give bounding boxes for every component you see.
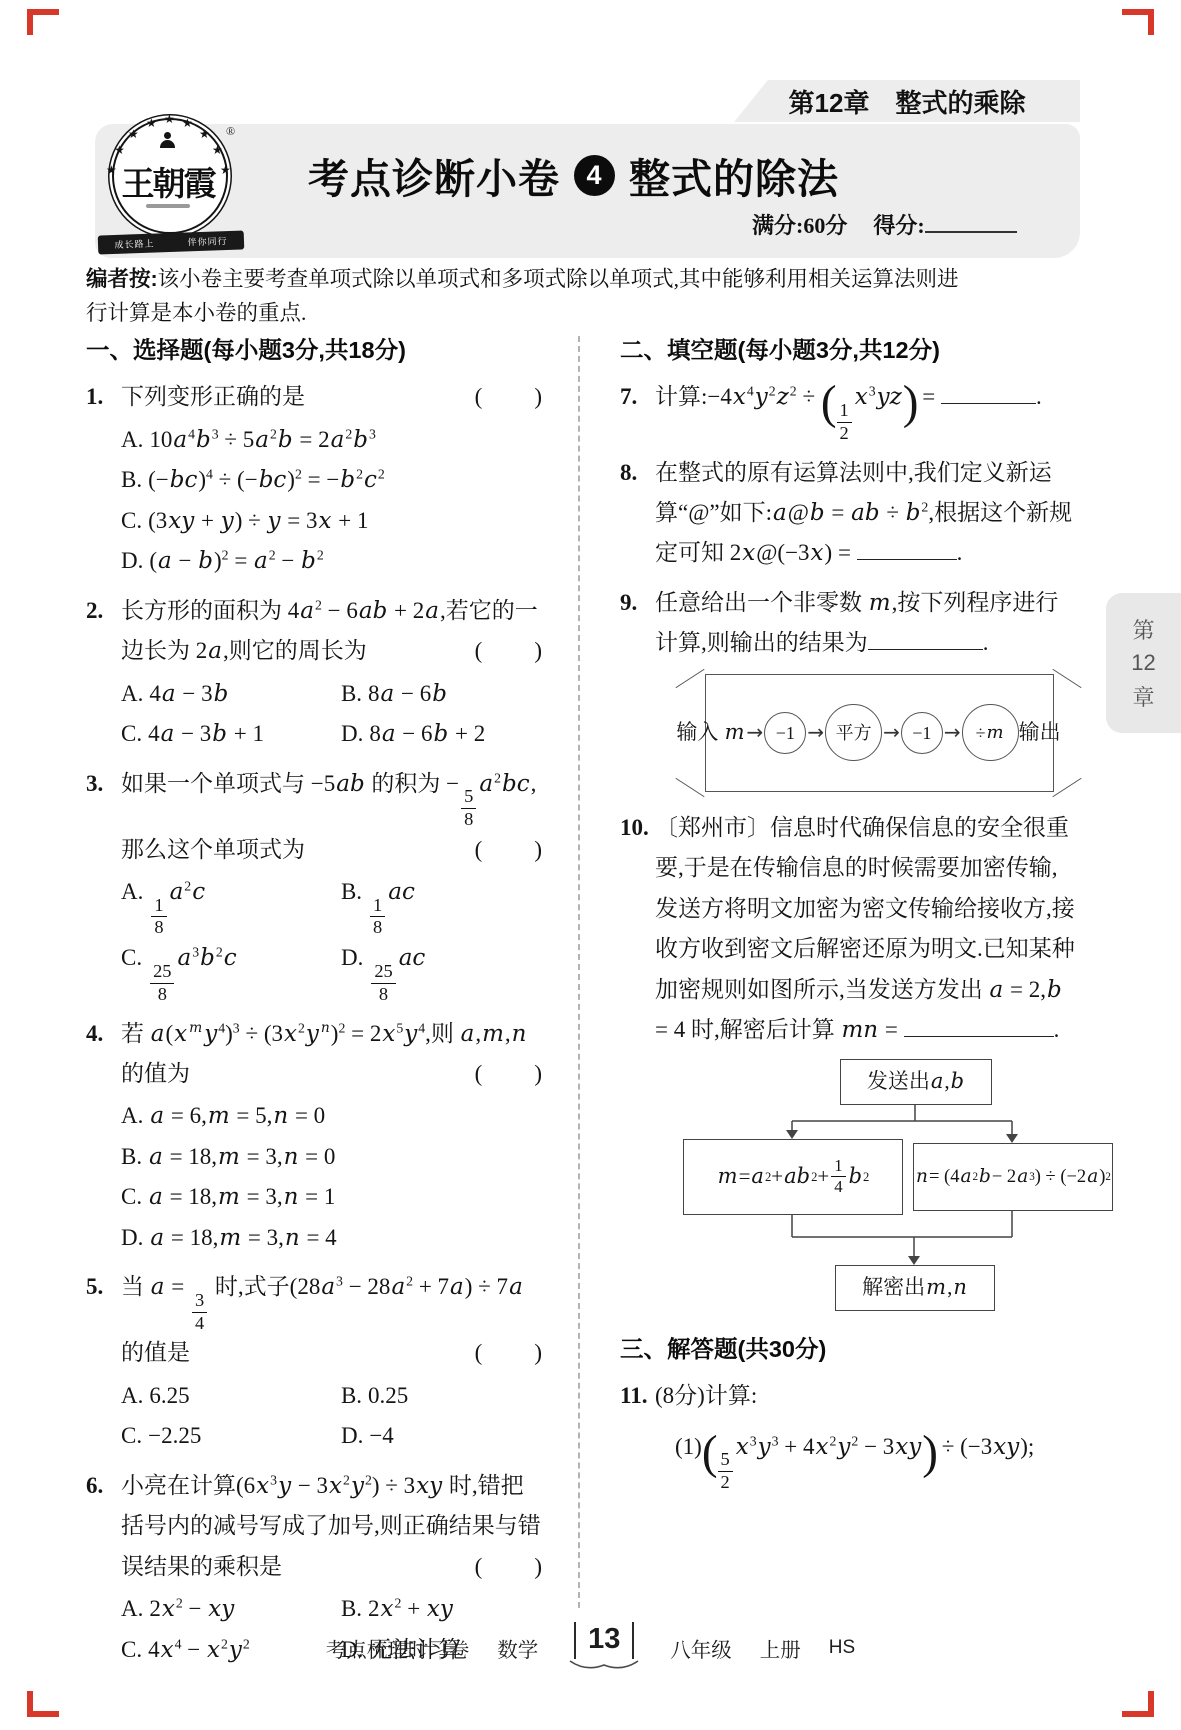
option-text: 18a2c — [149, 872, 206, 938]
page-number-book-icon — [566, 1659, 642, 1673]
question-number: 9. — [620, 583, 637, 623]
option-label: D. — [341, 714, 363, 754]
page-footer: 考点梳理时习卷 数学 13 八年级 上册 HS — [0, 1622, 1181, 1673]
question-stem: (8分)计算: — [655, 1383, 757, 1408]
option-label: B. — [121, 460, 142, 500]
question-stem: 〔郑州市〕信息时代确保信息的安全很重要,于是在传输信息的时候需要加密传输,发送方… — [655, 815, 1075, 1042]
option-label: D. — [341, 1416, 363, 1456]
option-label: D. — [121, 1218, 143, 1258]
page-title: 考点诊断小卷 4 整式的除法 — [308, 146, 839, 205]
option-text: −4 — [369, 1416, 393, 1456]
question-11: 11. (8分)计算: (1)(52x3y3 + 4x2y2 − 3xy) ÷ … — [620, 1376, 1078, 1493]
logo-subtext-bar — [146, 204, 190, 208]
question-number: 11. — [620, 1376, 647, 1416]
option-text: 4a − 3b + 1 — [148, 714, 264, 754]
question-number: 3. — [86, 764, 103, 804]
answer-paren: ( ) — [475, 830, 544, 870]
option-label: A. — [121, 674, 143, 714]
flow-step-divide-m: ÷m — [962, 704, 1019, 761]
answer-paren: ( ) — [475, 1054, 544, 1094]
question-number: 8. — [620, 453, 637, 493]
column-divider — [578, 336, 580, 1608]
option-text: (−bc)4 ÷ (−bc)2 = −b2c2 — [148, 460, 385, 500]
arrow-icon: → — [747, 715, 764, 750]
option-label: A. — [121, 1096, 143, 1136]
question-number: 2. — [86, 591, 103, 631]
got-score-label: 得分: — [873, 209, 1016, 240]
chapter-side-tab: 第 12 章 — [1106, 593, 1181, 733]
title-prefix: 考点诊断小卷 — [308, 146, 560, 205]
option-label: A. — [121, 872, 143, 912]
question-number: 4. — [86, 1014, 103, 1054]
option-text: 0.25 — [368, 1376, 408, 1416]
option-text: 258a3b2c — [148, 938, 238, 1004]
question-1: 1. 下列变形正确的是( ) A.10a4b3 ÷ 5a2b = 2a2b3 B… — [86, 377, 544, 581]
section3-heading: 三、解答题(共30分) — [620, 1329, 1078, 1370]
full-score-label: 满分:60分 — [752, 209, 847, 240]
star-icon: ★ — [182, 117, 193, 129]
flow-step-minus1: −1 — [901, 712, 943, 754]
answer-paren: ( ) — [475, 377, 544, 417]
question-stem: 下列变形正确的是 — [121, 384, 305, 409]
answer-paren: ( ) — [475, 631, 544, 671]
option-label: A. — [121, 420, 143, 460]
footer-volume: 上册 — [760, 1633, 801, 1663]
footer-edition: HS — [829, 1637, 855, 1659]
diagram-box-m-formula: m = a2 + ab2 + 14b2 — [683, 1139, 903, 1215]
star-icon: ★ — [146, 117, 157, 129]
option-label: C. — [121, 714, 142, 754]
question-number: 7. — [620, 377, 637, 417]
arrow-icon: → — [883, 715, 900, 750]
brand-name: 王朝霞 — [112, 158, 224, 205]
question-9: 9. 任意给出一个非零数 m,按下列程序进行计算,则输出的结果为. 输入 m →… — [620, 583, 1078, 796]
question-2: 2. 长方形的面积为 4a2 − 6ab + 2a,若它的一边长为 2a,则它的… — [86, 591, 544, 755]
option-text: 8a − 6b + 2 — [369, 714, 485, 754]
option-text: 18ac — [368, 872, 416, 938]
editor-note: 编者按:该小卷主要考查单项式除以单项式和多项式除以单项式,其中能够利用相关运算法… — [86, 262, 970, 331]
question-8: 8. 在整式的原有运算法则中,我们定义新运算“@”如下:a@b = ab ÷ b… — [620, 453, 1078, 574]
star-icon: ★ — [199, 128, 210, 140]
diagram-box-decrypt: 解密出 m,n — [835, 1265, 995, 1311]
brand-logo: ★ ★ ★ ★ ★ ★ ★ ★ ★ 王朝霞 ® 成长路上伴你同行 — [98, 110, 250, 258]
star-icon: ★ — [164, 113, 175, 125]
question-stem: 在整式的原有运算法则中,我们定义新运算“@”如下:a@b = ab ÷ b2,根… — [655, 460, 1072, 566]
star-icon: ★ — [128, 128, 139, 140]
option-label: D. — [341, 938, 363, 978]
title-number-badge: 4 — [574, 155, 615, 196]
option-text: 6.25 — [149, 1376, 189, 1416]
question-stem: 当 a = 34 时,式子(28a3 − 28a2 + 7a) ÷ 7a 的值是 — [121, 1274, 524, 1365]
question-number: 10. — [620, 808, 649, 848]
side-tab-text: 第 — [1132, 614, 1154, 645]
option-text: −2.25 — [148, 1416, 201, 1456]
editor-note-label: 编者按: — [86, 267, 158, 291]
footer-subject: 数学 — [497, 1633, 538, 1663]
worksheet-page: { "decor": {"star": "★", "arrow": "→", "… — [0, 0, 1181, 1730]
logo-ribbon-slogan: 成长路上伴你同行 — [98, 230, 245, 254]
section2-heading: 二、填空题(每小题3分,共12分) — [620, 330, 1078, 371]
arrow-icon: → — [807, 715, 824, 750]
option-label: C. — [121, 1177, 142, 1217]
section1-heading: 一、选择题(每小题3分,共18分) — [86, 330, 544, 371]
flow-step-minus1: −1 — [764, 712, 806, 754]
option-text: 10a4b3 ÷ 5a2b = 2a2b3 — [149, 420, 376, 460]
corner-mark-bottom-right — [1122, 1691, 1154, 1717]
answer-paren: ( ) — [475, 1547, 544, 1587]
corner-mark-bottom-left — [27, 1691, 59, 1717]
option-label: B. — [341, 674, 362, 714]
diagram-box-send: 发送出 a,b — [840, 1059, 992, 1105]
question-3: 3. 如果一个单项式与 −5ab 的积为 −58a2bc,那么这个单项式为( )… — [86, 764, 544, 1005]
question-5: 5. 当 a = 34 时,式子(28a3 − 28a2 + 7a) ÷ 7a … — [86, 1267, 544, 1457]
question-number: 1. — [86, 377, 103, 417]
flow-input-label: 输入 m — [676, 714, 745, 751]
option-label: C. — [121, 501, 142, 541]
arrow-icon: → — [944, 715, 961, 750]
flow-output-label: 输出 — [1019, 714, 1061, 751]
logo-figure-icon — [160, 140, 175, 148]
option-label: D. — [121, 541, 143, 581]
option-text: (a − b)2 = a2 − b2 — [149, 541, 323, 581]
option-text: a = 18,m = 3,n = 4 — [149, 1218, 336, 1258]
side-tab-text: 章 — [1132, 681, 1154, 712]
q9-program-diagram: 输入 m → −1 → 平方 → −1 → ÷m 输出 — [659, 670, 1078, 796]
score-blank — [925, 211, 1017, 233]
editor-note-text: 该小卷主要考查单项式除以单项式和多项式除以单项式,其中能够利用相关运算法则进行计… — [86, 267, 959, 325]
diagram-box-n-formula: n = (4a2b − 2a3) ÷ (−2a)2 — [913, 1143, 1113, 1211]
option-text: a = 18,m = 3,n = 1 — [148, 1177, 335, 1217]
chapter-header-chip: 第12章 整式的乘除 — [734, 80, 1080, 122]
option-label: B. — [341, 872, 362, 912]
registered-mark: ® — [226, 124, 235, 139]
logo-figure-icon — [164, 132, 171, 139]
flow-step-square: 平方 — [825, 704, 882, 761]
question-number: 5. — [86, 1267, 103, 1307]
left-column: 一、选择题(每小题3分,共18分) 1. 下列变形正确的是( ) A.10a4b… — [86, 330, 544, 1679]
option-label: B. — [341, 1376, 362, 1416]
question-number: 6. — [86, 1466, 103, 1506]
question-11-item-1: (1)(52x3y3 + 4x2y2 − 3xy) ÷ (−3xy); — [655, 1427, 1078, 1493]
page-number: 13 — [566, 1622, 642, 1673]
question-stem: 任意给出一个非零数 m,按下列程序进行计算,则输出的结果为. — [655, 590, 1058, 655]
question-stem: 计算:−4x4y2z2 ÷ (12x3yz) = . — [655, 384, 1042, 409]
score-line: 满分:60分 得分: — [752, 209, 1017, 240]
question-7: 7. 计算:−4x4y2z2 ÷ (12x3yz) = . — [620, 377, 1078, 443]
question-10: 10. 〔郑州市〕信息时代确保信息的安全很重要,于是在传输信息的时候需要加密传输… — [620, 808, 1078, 1313]
q10-encryption-diagram: 发送出 a,b m = a2 + ab2 + 14b2 n = (4a2b − … — [655, 1059, 1078, 1313]
option-label: B. — [121, 1137, 142, 1177]
side-tab-text: 12 — [1131, 650, 1155, 676]
option-text: 258ac — [369, 938, 426, 1004]
option-text: a = 18,m = 3,n = 0 — [148, 1137, 335, 1177]
answer-paren: ( ) — [475, 1333, 544, 1373]
corner-mark-top-right — [1122, 9, 1154, 35]
corner-mark-top-left — [27, 9, 59, 35]
option-text: (3xy + y) ÷ y = 3x + 1 — [148, 501, 368, 541]
option-text: 4a − 3b — [149, 674, 229, 714]
option-label: C. — [121, 1416, 142, 1456]
question-4: 4. 若 a(xmy4)3 ÷ (3x2yn)2 = 2x5y4,则 a,m,n… — [86, 1014, 544, 1259]
option-text: a = 6,m = 5,n = 0 — [149, 1096, 325, 1136]
star-icon: ★ — [212, 144, 223, 156]
question-stem: 若 a(xmy4)3 ÷ (3x2yn)2 = 2x5y4,则 a,m,n 的值… — [121, 1021, 528, 1086]
option-label: C. — [121, 938, 142, 978]
page-number-value: 13 — [574, 1622, 634, 1659]
option-label: A. — [121, 1376, 143, 1416]
right-column: 二、填空题(每小题3分,共12分) 7. 计算:−4x4y2z2 ÷ (12x3… — [620, 330, 1078, 1502]
footer-series-name: 考点梳理时习卷 — [326, 1633, 470, 1663]
title-suffix: 整式的除法 — [629, 146, 839, 205]
footer-grade: 八年级 — [670, 1633, 732, 1663]
option-text: 8a − 6b — [368, 674, 448, 714]
star-icon: ★ — [114, 144, 125, 156]
